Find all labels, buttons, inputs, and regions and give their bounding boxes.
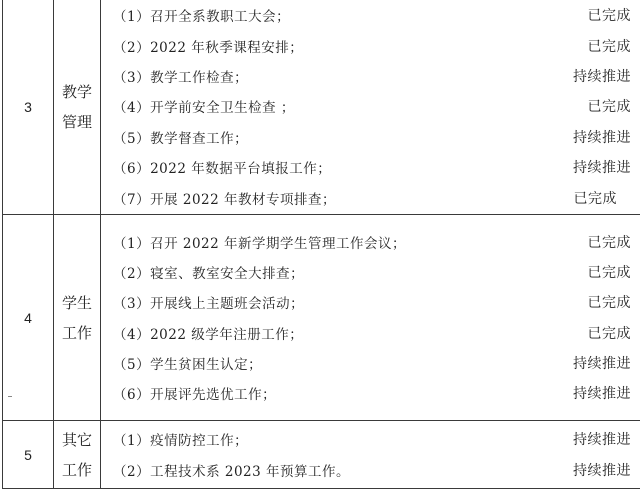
task-text: （5）学生贫困生认定； xyxy=(113,353,262,373)
task-item: （4）2022 级学年注册工作；已完成 xyxy=(101,318,640,348)
section-category: 学生 工作 xyxy=(54,215,101,421)
task-item: （5）教学督查工作；持续推进 xyxy=(101,122,640,152)
task-text: （2）工程技术系 2023 年预算工作。 xyxy=(113,460,350,480)
task-text: （4）2022 级学年注册工作； xyxy=(113,323,303,343)
task-status: 已完成 xyxy=(588,96,632,116)
task-item: （3）开展线上主题班会活动；已完成 xyxy=(101,287,640,317)
section-row-other: 5 其它 工作 （1）疫情防控工作；持续推进 （2）工程技术系 2023 年预算… xyxy=(3,421,640,489)
task-text: （1）疫情防控工作； xyxy=(113,429,248,449)
task-status: 已完成 xyxy=(574,188,632,208)
task-item: （6）开展评先选优工作；持续推进 xyxy=(101,378,640,408)
category-line: 学生 xyxy=(54,288,100,318)
task-text: （5）教学督查工作； xyxy=(113,127,248,147)
section-category: 其它 工作 xyxy=(54,421,101,489)
task-text: （4）开学前安全卫生检查 ； xyxy=(113,96,295,116)
task-item: （1）召开 2022 年新学期学生管理工作会议；已完成 xyxy=(101,226,640,256)
task-status: 持续推进 xyxy=(573,429,631,449)
section-items: （1）召开 2022 年新学期学生管理工作会议；已完成 （2）寝室、教室安全大排… xyxy=(101,215,640,421)
task-item: （2）工程技术系 2023 年预算工作。持续推进 xyxy=(101,455,640,485)
task-item: （2）2022 年秋季课程安排；已完成 xyxy=(101,31,640,61)
section-number: 5 xyxy=(3,421,54,489)
task-status: 持续推进 xyxy=(573,157,631,177)
task-status: 已完成 xyxy=(588,36,632,56)
task-text: （7）开展 2022 年教材专项排查； xyxy=(113,188,336,208)
task-text: （2）2022 年秋季课程安排； xyxy=(113,36,303,56)
task-item: （6）2022 年数据平台填报工作；持续推进 xyxy=(101,152,640,182)
task-item: （5）学生贫困生认定；持续推进 xyxy=(101,348,640,378)
section-items: （1）召开全系教职工大会；已完成 （2）2022 年秋季课程安排；已完成 （3）… xyxy=(101,0,640,215)
task-text: （2）寝室、教室安全大排查； xyxy=(113,262,304,282)
task-status: 已完成 xyxy=(588,232,632,252)
section-row-teaching: 3 教学 管理 （1）召开全系教职工大会；已完成 （2）2022 年秋季课程安排… xyxy=(3,0,640,215)
stray-mark xyxy=(8,396,12,397)
section-row-student: 4 学生 工作 （1）召开 2022 年新学期学生管理工作会议；已完成 （2）寝… xyxy=(3,215,640,421)
task-status: 已完成 xyxy=(588,292,632,312)
task-text: （6）2022 年数据平台填报工作； xyxy=(113,157,331,177)
task-item: （4）开学前安全卫生检查 ；已完成 xyxy=(101,91,640,121)
work-progress-table: 3 教学 管理 （1）召开全系教职工大会；已完成 （2）2022 年秋季课程安排… xyxy=(2,0,640,489)
task-text: （1）召开全系教职工大会； xyxy=(113,5,290,25)
task-status: 已完成 xyxy=(588,323,632,343)
category-line: 管理 xyxy=(54,107,100,137)
task-item: （1）疫情防控工作；持续推进 xyxy=(101,424,640,454)
category-line: 工作 xyxy=(54,455,100,485)
task-item: （1）召开全系教职工大会；已完成 xyxy=(101,0,640,30)
task-status: 持续推进 xyxy=(573,127,631,147)
category-line: 教学 xyxy=(54,77,100,107)
task-status: 已完成 xyxy=(588,5,632,25)
task-item: （2）寝室、教室安全大排查；已完成 xyxy=(101,257,640,287)
task-text: （1）召开 2022 年新学期学生管理工作会议； xyxy=(113,232,406,252)
task-status: 持续推进 xyxy=(573,66,631,86)
task-status: 持续推进 xyxy=(573,383,631,403)
task-text: （3）开展线上主题班会活动； xyxy=(113,292,304,312)
task-status: 持续推进 xyxy=(573,460,631,480)
section-items: （1）疫情防控工作；持续推进 （2）工程技术系 2023 年预算工作。持续推进 xyxy=(101,421,640,489)
task-item: （3）教学工作检查；持续推进 xyxy=(101,61,640,91)
section-number: 4 xyxy=(3,215,54,421)
task-text: （3）教学工作检查； xyxy=(113,66,248,86)
task-text: （6）开展评先选优工作； xyxy=(113,383,276,403)
task-status: 已完成 xyxy=(588,262,632,282)
task-item: （7）开展 2022 年教材专项排查；已完成 xyxy=(101,182,640,212)
category-line: 其它 xyxy=(54,425,100,455)
section-category: 教学 管理 xyxy=(54,0,101,215)
section-number: 3 xyxy=(3,0,54,215)
category-line: 工作 xyxy=(54,318,100,348)
task-status: 持续推进 xyxy=(573,353,631,373)
